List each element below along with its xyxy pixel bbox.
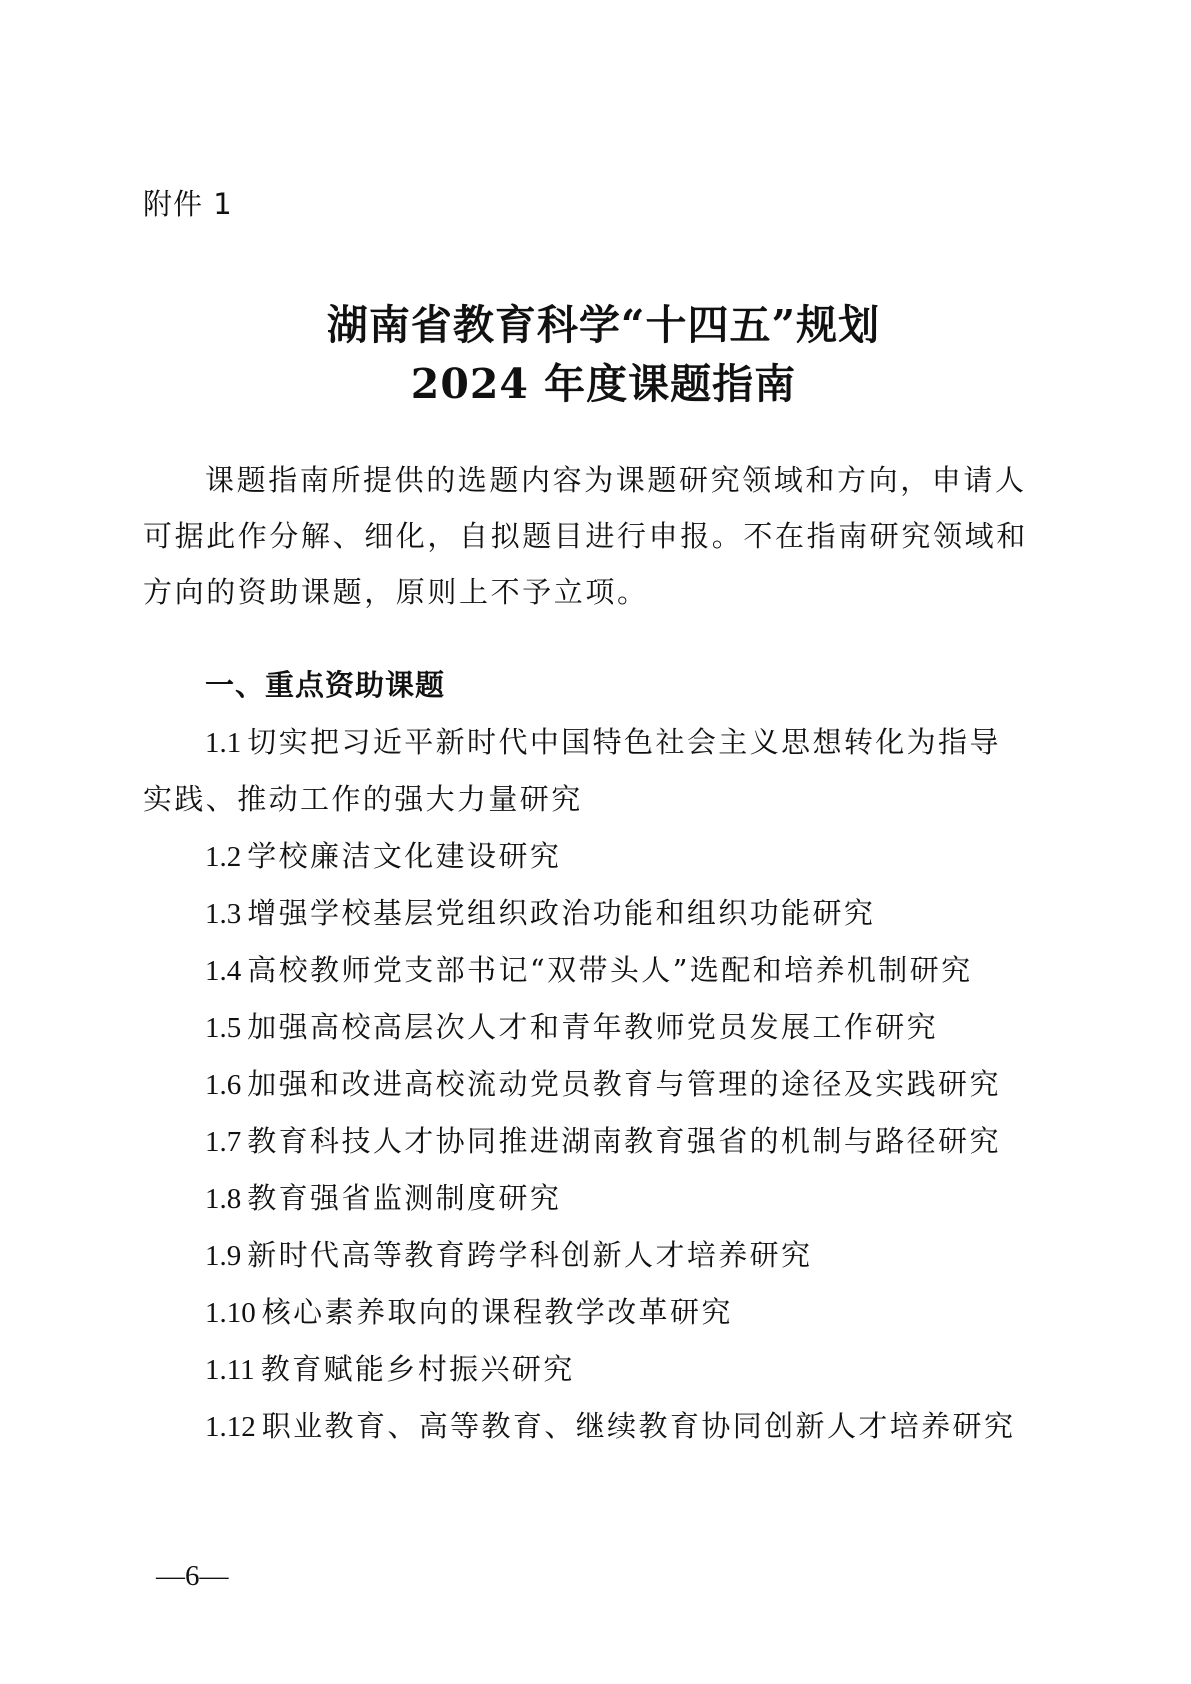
topic-text: 职业教育、高等教育、继续教育协同创新人才培养研究: [262, 1409, 1016, 1443]
topic-item-1-1-continuation: 实践、推动工作的强大力量研究: [143, 779, 583, 819]
topic-number: 1.10: [205, 1297, 256, 1329]
intro-line-2: 可据此作分解、细化，自拟题目进行申报。不在指南研究领域和: [143, 507, 1028, 565]
topic-number: 1.5: [205, 1012, 241, 1044]
topic-text: 高校教师党支部书记“双带头人”选配和培养机制研究: [247, 953, 972, 987]
document-title-line-2: 2024 年度课题指南: [8, 359, 1191, 409]
topic-text: 加强高校高层次人才和青年教师党员发展工作研究: [247, 1010, 938, 1044]
topic-text: 增强学校基层党组织政治功能和组织功能研究: [247, 896, 875, 930]
topic-number: 1.12: [205, 1411, 256, 1443]
topic-text: 核心素养取向的课程教学改革研究: [262, 1295, 733, 1329]
topic-item-1-3: 1.3增强学校基层党组织政治功能和组织功能研究: [143, 893, 875, 934]
intro-line-1: 课题指南所提供的选题内容为课题研究领域和方向，申请人: [143, 451, 1027, 509]
topic-number: 1.7: [205, 1126, 241, 1158]
topic-item-1-12: 1.12职业教育、高等教育、继续教育协同创新人才培养研究: [143, 1406, 1015, 1447]
topic-item-1-11: 1.11教育赋能乡村振兴研究: [143, 1349, 575, 1390]
topic-number: 1.9: [205, 1240, 241, 1272]
topic-item-1-6: 1.6加强和改进高校流动党员教育与管理的途径及实践研究: [143, 1064, 1001, 1105]
intro-line-3: 方向的资助课题，原则上不予立项。: [143, 563, 649, 621]
document-title-line-1: 湖南省教育科学“十四五”规划: [8, 300, 1191, 350]
topic-item-1-4: 1.4高校教师党支部书记“双带头人”选配和培养机制研究: [143, 950, 973, 991]
topic-text: 教育强省监测制度研究: [247, 1181, 561, 1215]
topic-number: 1.3: [205, 898, 241, 930]
topic-item-1-1: 1.1切实把习近平新时代中国特色社会主义思想转化为指导: [143, 722, 1001, 763]
topic-text: 加强和改进高校流动党员教育与管理的途径及实践研究: [247, 1067, 1001, 1101]
topic-item-1-5: 1.5加强高校高层次人才和青年教师党员发展工作研究: [143, 1007, 938, 1048]
topic-text: 切实把习近平新时代中国特色社会主义思想转化为指导: [247, 725, 1001, 759]
document-page: 附件 1 湖南省教育科学“十四五”规划 2024 年度课题指南 课题指南所提供的…: [0, 0, 1191, 1684]
topic-text: 教育科技人才协同推进湖南教育强省的机制与路径研究: [247, 1124, 1001, 1158]
topic-number: 1.11: [205, 1354, 255, 1386]
topic-number: 1.1: [205, 727, 241, 759]
topic-item-1-9: 1.9新时代高等教育跨学科创新人才培养研究: [143, 1235, 812, 1276]
topic-number: 1.4: [205, 955, 241, 987]
page-number: —6—: [156, 1558, 229, 1594]
section-heading: 一、重点资助课题: [205, 665, 445, 705]
topic-number: 1.6: [205, 1069, 241, 1101]
topic-number: 1.2: [205, 841, 241, 873]
topic-text: 学校廉洁文化建设研究: [247, 839, 561, 873]
topic-item-1-8: 1.8教育强省监测制度研究: [143, 1178, 561, 1219]
topic-item-1-10: 1.10核心素养取向的课程教学改革研究: [143, 1292, 733, 1333]
topic-item-1-2: 1.2学校廉洁文化建设研究: [143, 836, 561, 877]
topic-text: 教育赋能乡村振兴研究: [261, 1352, 575, 1386]
topic-text: 新时代高等教育跨学科创新人才培养研究: [247, 1238, 812, 1272]
topic-number: 1.8: [205, 1183, 241, 1215]
topic-item-1-7: 1.7教育科技人才协同推进湖南教育强省的机制与路径研究: [143, 1121, 1001, 1162]
attachment-label: 附件 1: [143, 186, 233, 222]
